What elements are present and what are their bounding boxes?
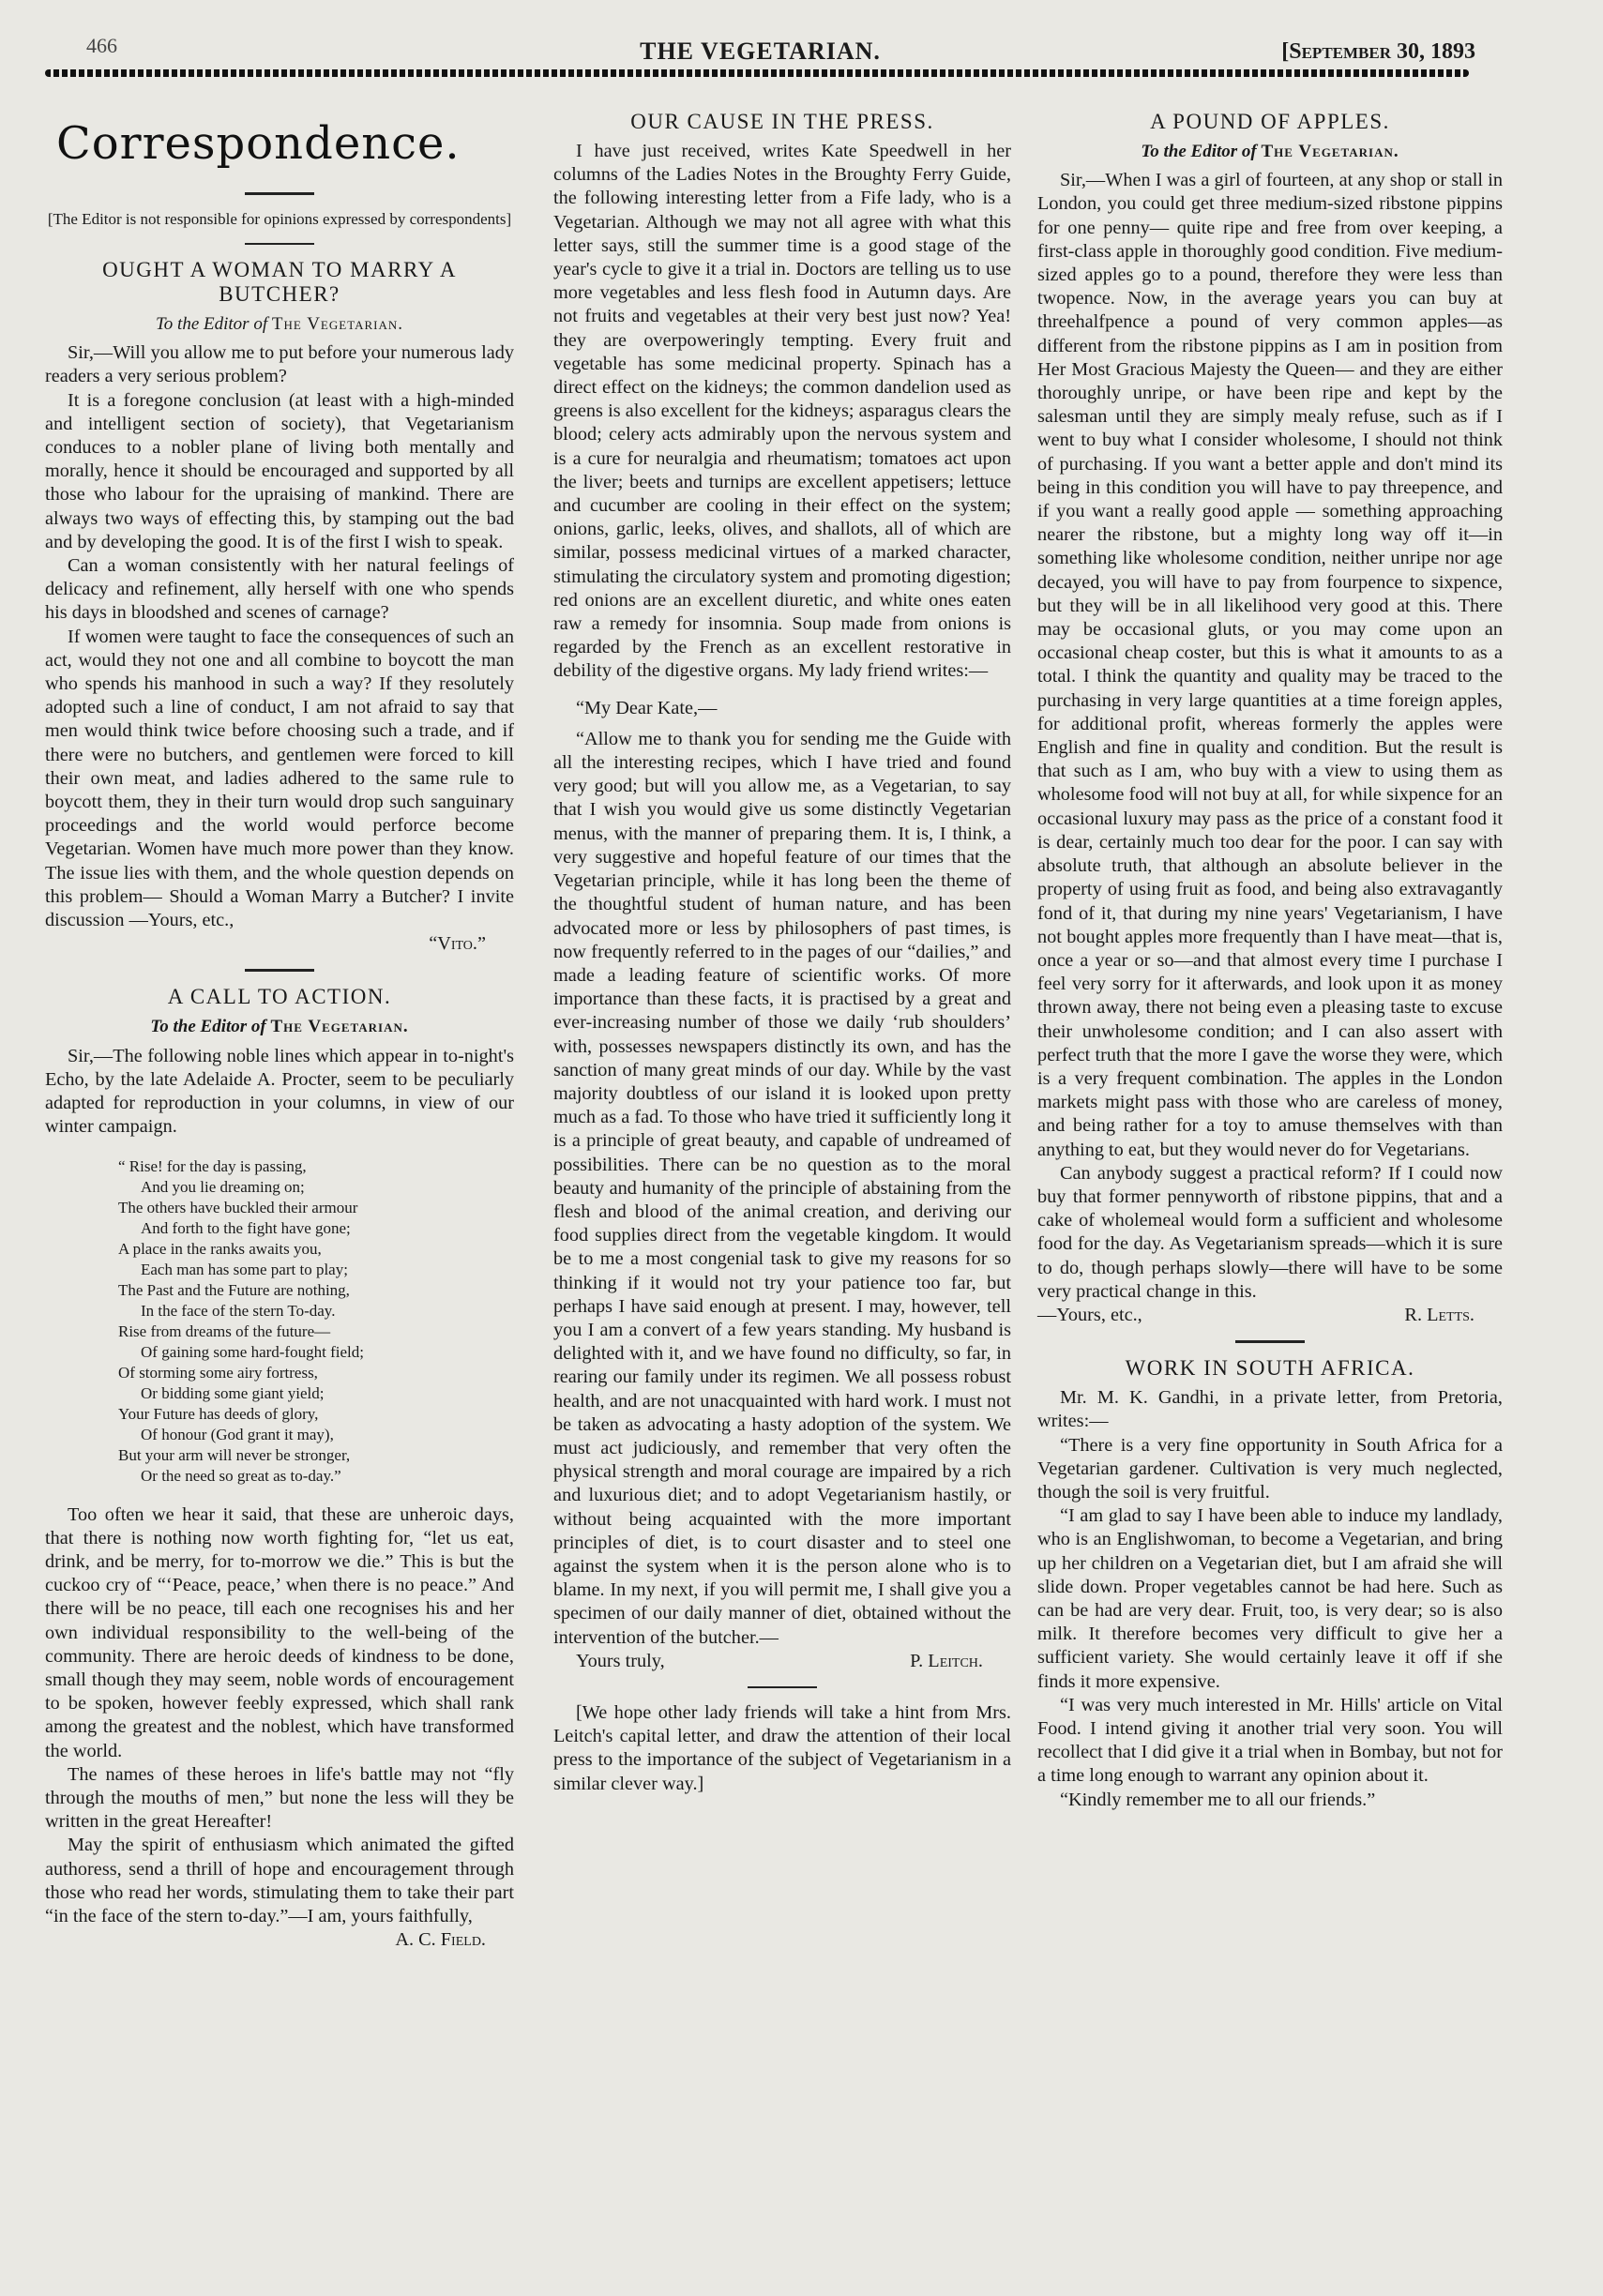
letter-salutation: “My Dear Kate,— [553, 697, 1011, 720]
editor-note: [We hope other lady friends will take a … [553, 1701, 1011, 1796]
closing: —Yours, etc., [1037, 1304, 1142, 1327]
signature: P. Leitch. [910, 1650, 1011, 1673]
paragraph: Too often we hear it said, that these ar… [45, 1503, 514, 1763]
column-3: A POUND OF APPLES. To the Editor of The … [1037, 108, 1503, 1812]
poem-line: Each man has some part to play; [118, 1260, 514, 1280]
paragraph: “Kindly remember me to all our friends.” [1037, 1789, 1503, 1812]
article-heading: A CALL TO ACTION. [45, 985, 514, 1009]
poem-line: Or the need so great as to-day.” [118, 1466, 514, 1487]
ornamental-rule [45, 69, 1469, 77]
poem-line: Your Future has deeds of glory, [118, 1404, 514, 1425]
poem-line: “ Rise! for the day is passing, [118, 1156, 514, 1177]
to-editor-line: To the Editor of The Vegetarian. [1037, 140, 1503, 163]
divider [245, 243, 314, 245]
signature: R. Letts. [1404, 1304, 1503, 1327]
poem-line: And forth to the fight have gone; [118, 1218, 514, 1239]
paragraph: May the spirit of enthusiasm which anima… [45, 1834, 514, 1928]
masthead: THE VEGETARIAN. [45, 38, 1475, 66]
poem-line: In the face of the stern To-day. [118, 1301, 514, 1322]
to-editor-prefix: To the Editor of [1141, 142, 1256, 161]
divider [245, 969, 314, 972]
to-editor-line: To the Editor of The Vegetarian. [45, 312, 514, 336]
paragraph: Can a woman consistently with her natura… [45, 554, 514, 626]
paragraph: “I was very much interested in Mr. Hills… [1037, 1694, 1503, 1789]
signature: “Vito.” [429, 932, 514, 956]
editor-disclaimer: [The Editor is not responsible for opini… [45, 208, 514, 230]
paragraph: “There is a very fine opportunity in Sou… [1037, 1434, 1503, 1505]
signature-line: Yours truly, P. Leitch. [553, 1650, 1011, 1673]
column-2: OUR CAUSE IN THE PRESS. I have just rece… [553, 108, 1011, 1796]
article-south-africa: WORK IN SOUTH AFRICA. Mr. M. K. Gandhi, … [1037, 1356, 1503, 1812]
poem-line: Of gaining some hard-fought field; [118, 1342, 514, 1363]
article-heading: OUR CAUSE IN THE PRESS. [553, 110, 1011, 134]
poem-line: The Past and the Future are nothing, [118, 1280, 514, 1301]
signature-line: —Yours, etc., R. Letts. [1037, 1304, 1503, 1327]
poem-line: Or bidding some giant yield; [118, 1383, 514, 1404]
paragraph: Sir,—Will you allow me to put before you… [45, 341, 514, 388]
poem-line: But your arm will never be stronger, [118, 1445, 514, 1466]
poem-line: Rise from dreams of the future— [118, 1322, 514, 1342]
divider [1235, 1340, 1305, 1343]
column-1: Correspondence. [The Editor is not respo… [45, 108, 514, 1952]
divider [245, 192, 314, 195]
paragraph: I have just received, writes Kate Speedw… [553, 140, 1011, 684]
poem-line: The others have buckled their armour [118, 1198, 514, 1218]
paragraph: “Allow me to thank you for sending me th… [553, 728, 1011, 1650]
closing: Yours truly, [576, 1650, 665, 1673]
poem: “ Rise! for the day is passing, And you … [118, 1156, 514, 1487]
article-heading: OUGHT A WOMAN TO MARRY A BUTCHER? [45, 258, 514, 307]
article-butcher: OUGHT A WOMAN TO MARRY A BUTCHER? To the… [45, 258, 514, 956]
paragraph: Can anybody suggest a practical reform? … [1037, 1162, 1503, 1304]
signature-line: “Vito.” [45, 932, 514, 956]
signature-line: A. C. Field. [45, 1928, 514, 1952]
page-header: 466 THE VEGETARIAN. [September 30, 1893 [45, 34, 1475, 71]
article-heading: WORK IN SOUTH AFRICA. [1037, 1356, 1503, 1381]
divider [748, 1686, 817, 1688]
article-call-to-action: A CALL TO ACTION. To the Editor of The V… [45, 985, 514, 1952]
signature: A. C. Field. [395, 1928, 514, 1952]
issue-date: [September 30, 1893 [1281, 39, 1475, 65]
paragraph: “I am glad to say I have been able to in… [1037, 1504, 1503, 1694]
publication-name: The Vegetarian. [1261, 142, 1399, 161]
paragraph: Mr. M. K. Gandhi, in a private letter, f… [1037, 1386, 1503, 1433]
to-editor-prefix: To the Editor of [150, 1017, 265, 1036]
article-apples: A POUND OF APPLES. To the Editor of The … [1037, 110, 1503, 1327]
paragraph: The names of these heroes in life's batt… [45, 1763, 514, 1835]
newspaper-page: 466 THE VEGETARIAN. [September 30, 1893 … [0, 0, 1603, 2296]
poem-line: Of storming some airy fortress, [118, 1363, 514, 1383]
poem-line: And you lie dreaming on; [118, 1177, 514, 1198]
publication-name: The Vegetarian. [270, 1017, 408, 1036]
paragraph: Sir,—The following noble lines which app… [45, 1045, 514, 1140]
to-editor-prefix: To the Editor of [156, 314, 267, 334]
poem-line: Of honour (God grant it may), [118, 1425, 514, 1445]
article-heading: A POUND OF APPLES. [1037, 110, 1503, 134]
to-editor-line: To the Editor of The Vegetarian. [45, 1015, 514, 1038]
paragraph: It is a foregone conclusion (at least wi… [45, 389, 514, 554]
paragraph: If women were taught to face the consequ… [45, 626, 514, 933]
poem-line: A place in the ranks awaits you, [118, 1239, 514, 1260]
section-title: Correspondence. [56, 115, 514, 172]
paragraph: Sir,—When I was a girl of fourteen, at a… [1037, 169, 1503, 1162]
publication-name: The Vegetarian. [272, 314, 403, 334]
